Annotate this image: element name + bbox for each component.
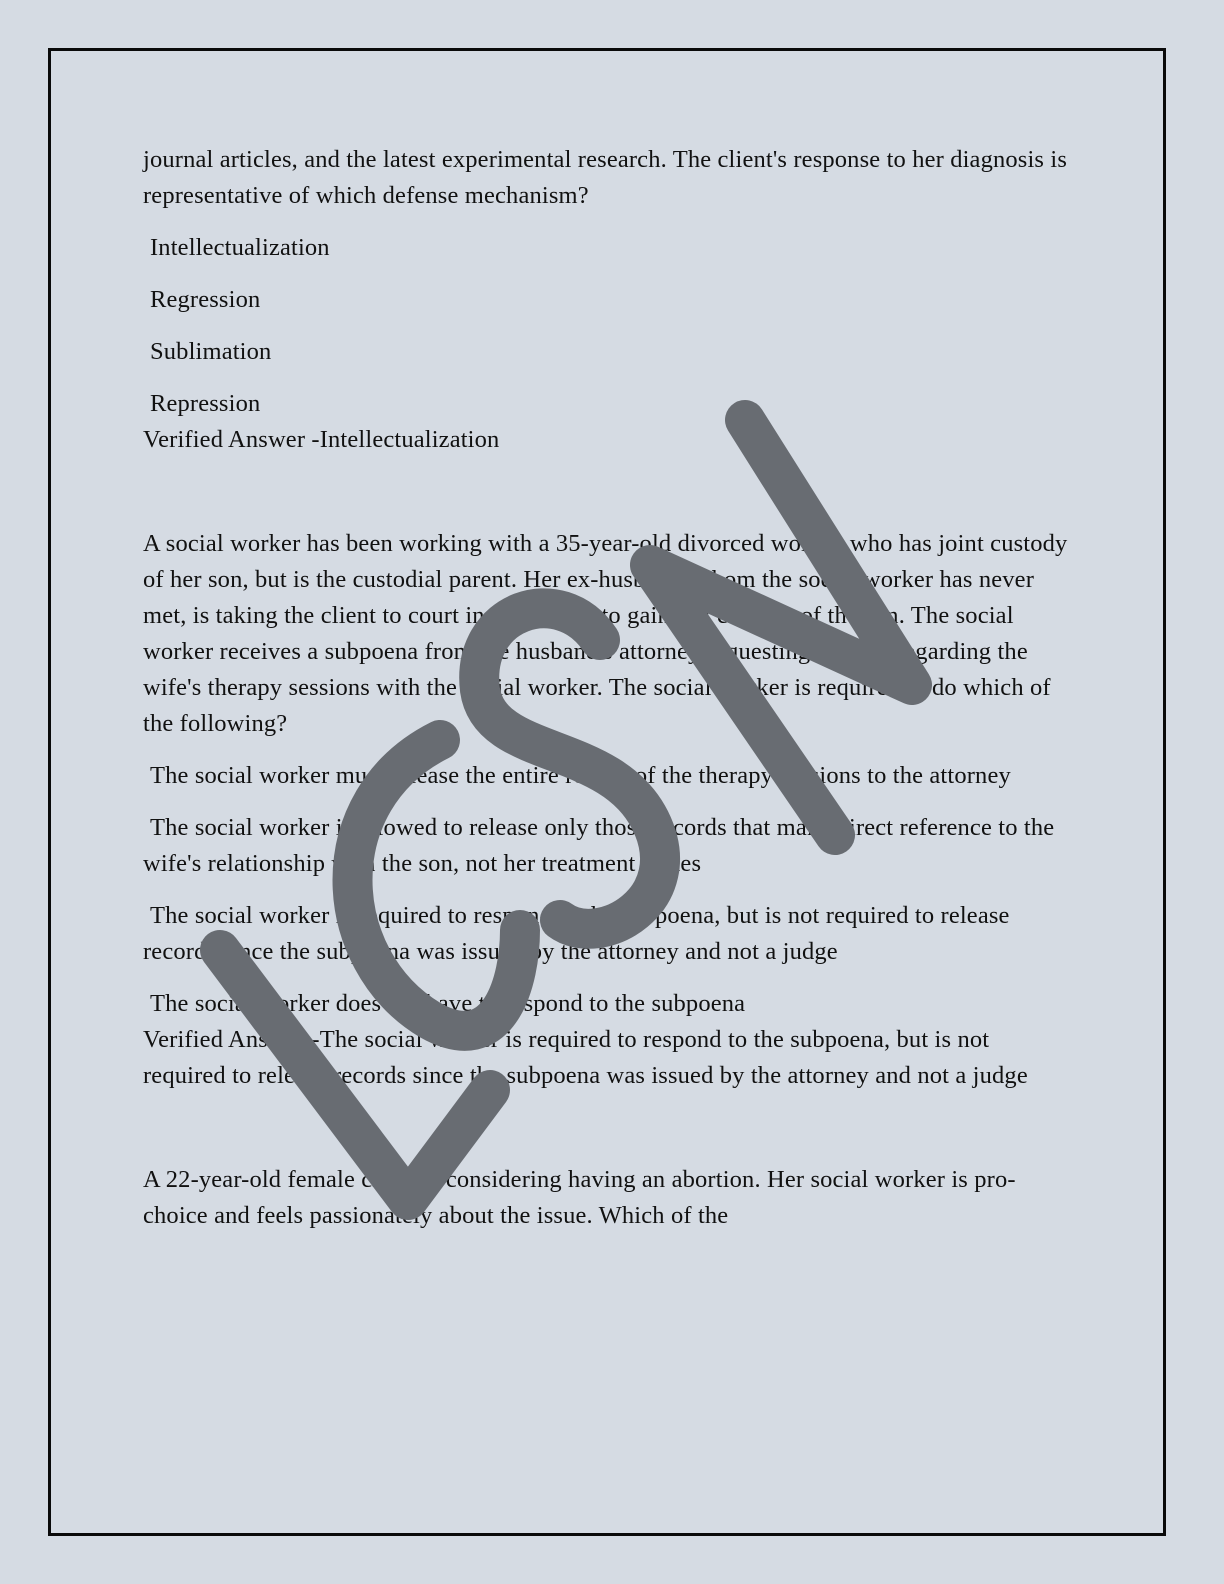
answer-option: Sublimation <box>143 334 1073 370</box>
document-content: journal articles, and the latest experim… <box>143 142 1073 1234</box>
answer-option: The social worker does not have to respo… <box>143 986 1073 1022</box>
answer-option: The social worker is allowed to release … <box>143 810 1073 882</box>
verified-answer-label: Verified Answer - <box>143 426 320 453</box>
answer-option: Regression <box>143 282 1073 318</box>
verified-answer-text: Intellectualization <box>320 426 500 453</box>
question-2: A social worker has been working with a … <box>143 526 1073 1094</box>
question-stem: A social worker has been working with a … <box>143 526 1073 742</box>
verified-answer: Verified Answer -The social worker is re… <box>143 1022 1073 1094</box>
question-1: journal articles, and the latest experim… <box>143 142 1073 458</box>
answer-option: Intellectualization <box>143 230 1073 266</box>
answer-option: The social worker is required to respond… <box>143 898 1073 970</box>
answer-option: The social worker must release the entir… <box>143 758 1073 794</box>
verified-answer-label: Verified Answer - <box>143 1026 320 1053</box>
answer-option: Repression <box>143 386 1073 422</box>
question-3: A 22-year-old female client is consideri… <box>143 1162 1073 1234</box>
verified-answer: Verified Answer -Intellectualization <box>143 422 1073 458</box>
question-stem: A 22-year-old female client is consideri… <box>143 1162 1073 1234</box>
question-stem: journal articles, and the latest experim… <box>143 142 1073 214</box>
